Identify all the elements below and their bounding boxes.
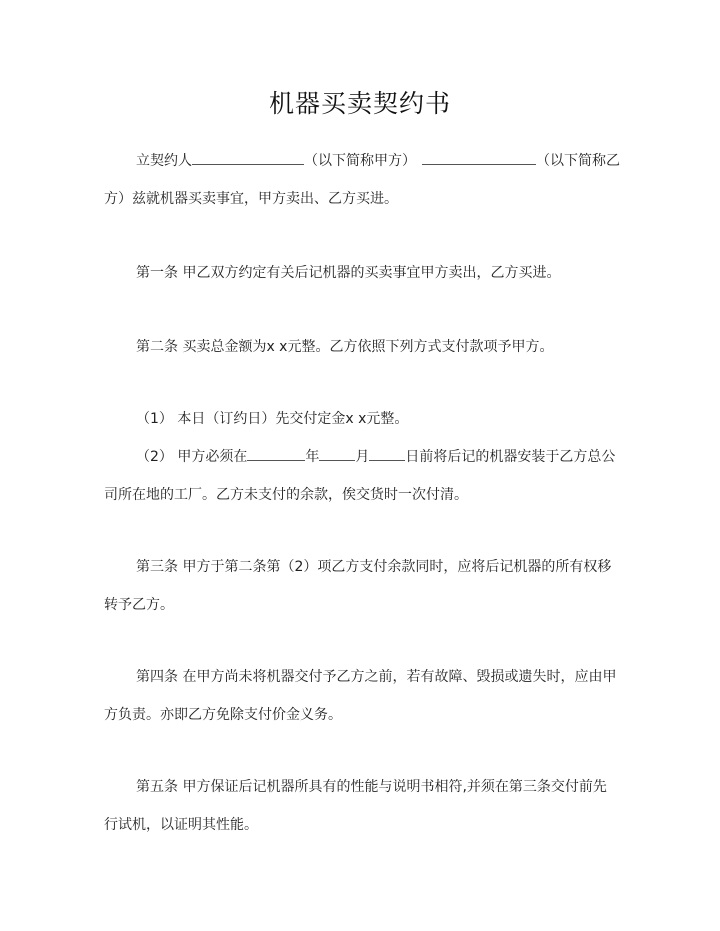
article-3-line-2: 转予乙方。 [104,594,174,614]
item-text: 月 [355,449,369,465]
document-title: 机器买卖契约书 [0,84,720,120]
article-1: 第一条 甲乙双方约定有关后记机器的买卖事宜甲方卖出，乙方买进。 [136,262,560,282]
month-blank [319,448,355,461]
article-4-line-1: 第四条 在甲方尚未将机器交付予乙方之前，若有故障、毁损或遗失时，应由甲 [136,666,616,686]
article-2-item-2-line-2: 司所在地的工厂。乙方未支付的余款，俟交货时一次付清。 [104,484,468,504]
article-3-line-1: 第三条 甲方于第二条第（2）项乙方支付余款同时，应将后记机器的所有权移 [136,556,611,576]
preamble-line-1: 立契约人（以下简称甲方）（以下简称乙 [136,150,620,170]
preamble-text: 立契约人 [136,153,192,169]
year-blank [247,448,305,461]
item-text: （2） 甲方必须在 [136,449,247,465]
article-2-item-1: （1） 本日（订约日）先交付定金x x元整。 [136,408,408,428]
preamble-text: （以下简称甲方） [304,153,416,169]
day-blank [369,448,405,461]
party-b-blank [422,152,536,165]
preamble-line-2: 方）兹就机器买卖事宜，甲方卖出、乙方买进。 [104,188,398,208]
article-4-line-2: 方负责。亦即乙方免除支付价金义务。 [104,704,342,724]
article-2-item-2-line-1: （2） 甲方必须在年月日前将后记的机器安装于乙方总公 [136,446,615,466]
article-5-line-2: 行试机，以证明其性能。 [104,814,258,834]
item-text: 年 [305,449,319,465]
party-a-blank [192,152,304,165]
preamble-text: （以下简称乙 [536,153,620,169]
article-5-line-1: 第五条 甲方保证后记机器所具有的性能与说明书相符,并须在第三条交付前先 [136,776,607,796]
item-text: 日前将后记的机器安装于乙方总公 [405,449,615,465]
article-2: 第二条 买卖总金额为x x元整。乙方依照下列方式支付款项予甲方。 [136,336,553,356]
